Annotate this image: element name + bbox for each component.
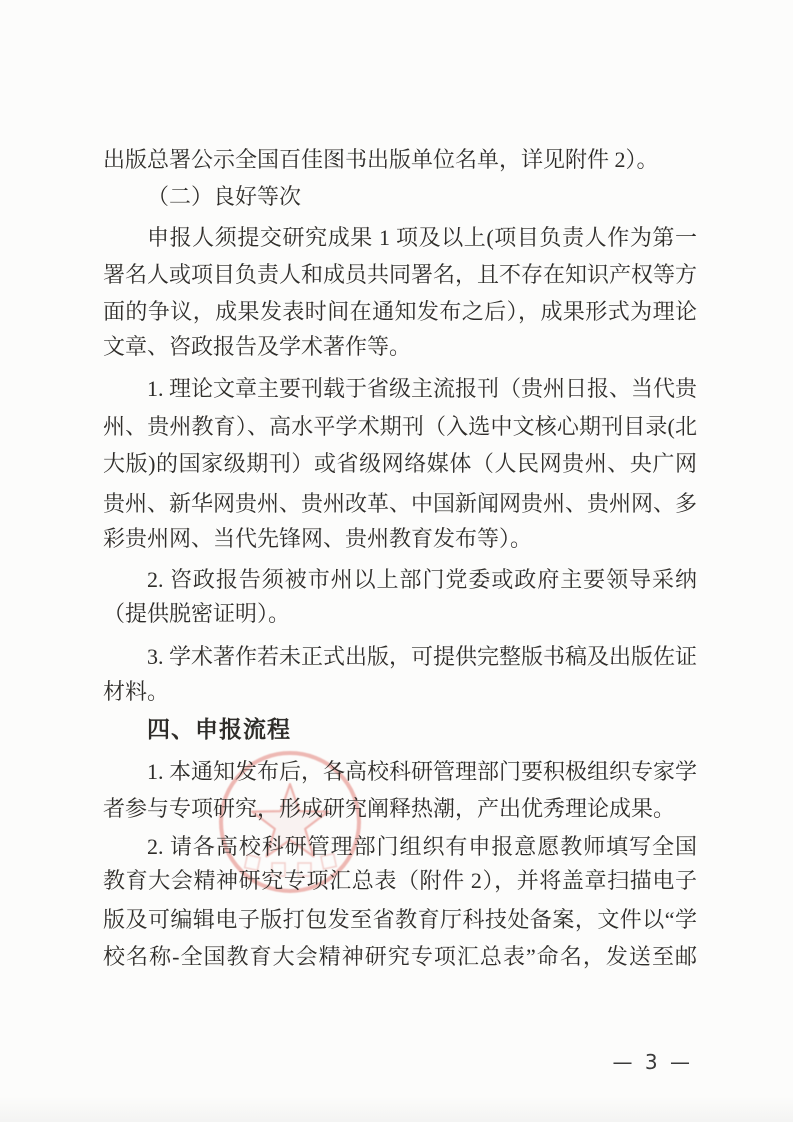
text-line: 版及可编辑电子版打包发至省教育厅科技处备案，文件以“学 [103,905,697,935]
text-line: 州、贵州教育）、高水平学术期刊（入选中文核心期刊目录(北 [103,412,697,442]
text-line: 3. 学术著作若未正式出版，可提供完整版书稿及出版佐证 [103,642,697,672]
text-line: 1. 理论文章主要刊载于省级主流报刊（贵州日报、当代贵 [103,374,697,404]
page-number: — 3 — [613,1050,693,1074]
subsection-heading: （二）良好等次 [103,182,697,212]
text-line: 1. 本通知发布后，各高校科研管理部门要积极组织专家学 [103,757,697,787]
text-line: 文章、咨政报告及学术著作等。 [103,332,697,362]
text-line: 彩贵州网、当代先锋网、贵州教育发布等）。 [103,524,697,554]
section-heading: 四、申报流程 [103,714,697,744]
page-bottom-edge [0,1096,793,1122]
text-line: 2. 咨政报告须被市州以上部门党委或政府主要领导采纳 [103,565,697,595]
text-line: 面的争议，成果发表时间在通知发布之后），成果形式为理论 [103,297,697,327]
text-line: （提供脱密证明）。 [103,599,697,629]
text-line: 出版总署公示全国百佳图书出版单位名单，详见附件 2）。 [103,145,697,175]
text-line: 校名称-全国教育大会精神研究专项汇总表”命名，发送至邮 [103,942,697,972]
text-line: 署名人或项目负责人和成员共同署名，且不存在知识产权等方 [103,260,697,290]
text-line: 申报人须提交研究成果 1 项及以上(项目负责人作为第一 [103,223,697,253]
text-line: 材料。 [103,677,697,707]
text-line: 2. 请各高校科研管理部门组织有申报意愿教师填写全国 [103,832,697,862]
text-line: 教育大会精神研究专项汇总表（附件 2），并将盖章扫描电子 [103,866,697,896]
text-line: 大版)的国家级期刊）或省级网络媒体（人民网贵州、央广网 [103,449,697,479]
text-line: 者参与专项研究，形成研究阐释热潮，产出优秀理论成果。 [103,794,697,824]
document-page: 出版总署公示全国百佳图书出版单位名单，详见附件 2）。 （二）良好等次 申报人须… [0,0,793,1122]
text-line: 贵州、新华网贵州、贵州改革、中国新闻网贵州、贵州网、多 [103,489,697,519]
